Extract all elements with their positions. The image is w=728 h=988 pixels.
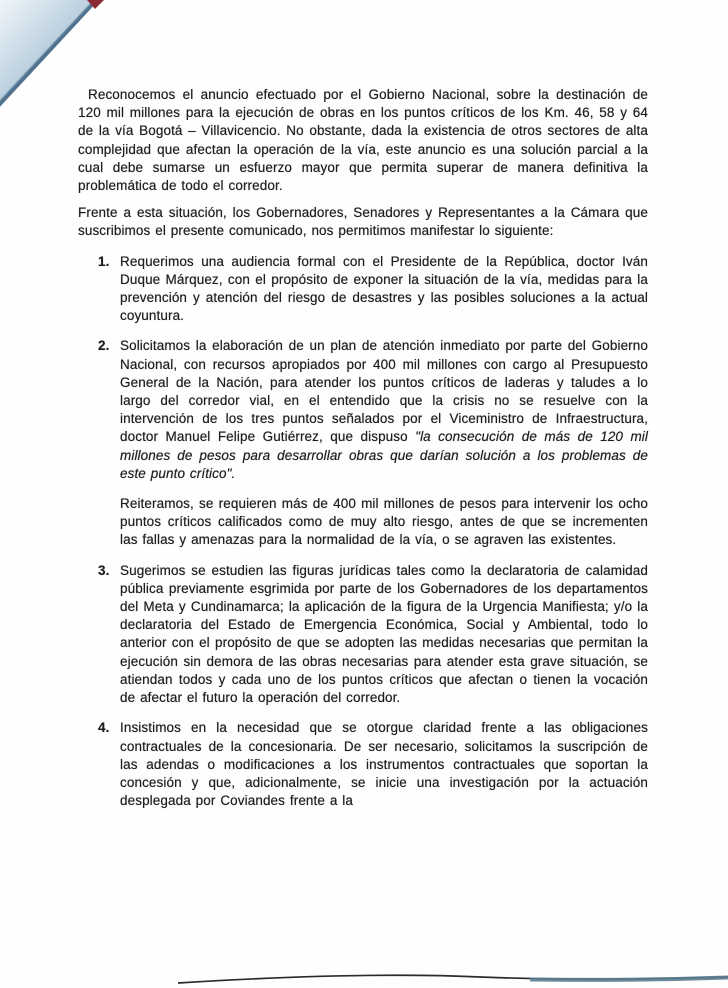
intro-paragraph-1: Reconocemos el anuncio efectuado por el … bbox=[78, 86, 648, 195]
intro-paragraph-2: Frente a esta situación, los Gobernadore… bbox=[78, 204, 648, 240]
page-edge-blue-band bbox=[530, 978, 728, 980]
item-number: 1. bbox=[98, 253, 120, 326]
list-item-2: 2. Solicitamos la elaboración de un plan… bbox=[78, 337, 648, 483]
page-edge-dark-line bbox=[178, 975, 728, 983]
item-number: 2. bbox=[98, 337, 120, 483]
fold-red-tip bbox=[87, 0, 104, 9]
item-number: 4. bbox=[98, 719, 120, 810]
page-bottom-edge-artifact bbox=[0, 964, 728, 988]
item-text: Insistimos en la necesidad que se otorgu… bbox=[120, 719, 648, 810]
item-text: Sugerimos se estudien las figuras jurídi… bbox=[120, 562, 648, 708]
item-text: Requerimos una audiencia formal con el P… bbox=[120, 253, 648, 326]
list-item-4: 4. Insistimos en la necesidad que se oto… bbox=[78, 719, 648, 810]
list-item-1: 1. Requerimos una audiencia formal con e… bbox=[78, 253, 648, 326]
item-number: 3. bbox=[98, 562, 120, 708]
document-body: Reconocemos el anuncio efectuado por el … bbox=[78, 86, 648, 819]
list-item-3: 3. Sugerimos se estudien las figuras jur… bbox=[78, 562, 648, 708]
sub-paragraph-reiteramos: Reiteramos, se requieren más de 400 mil … bbox=[120, 495, 648, 550]
item-text: Solicitamos la elaboración de un plan de… bbox=[120, 337, 648, 483]
scanned-document-page: Reconocemos el anuncio efectuado por el … bbox=[0, 0, 728, 988]
